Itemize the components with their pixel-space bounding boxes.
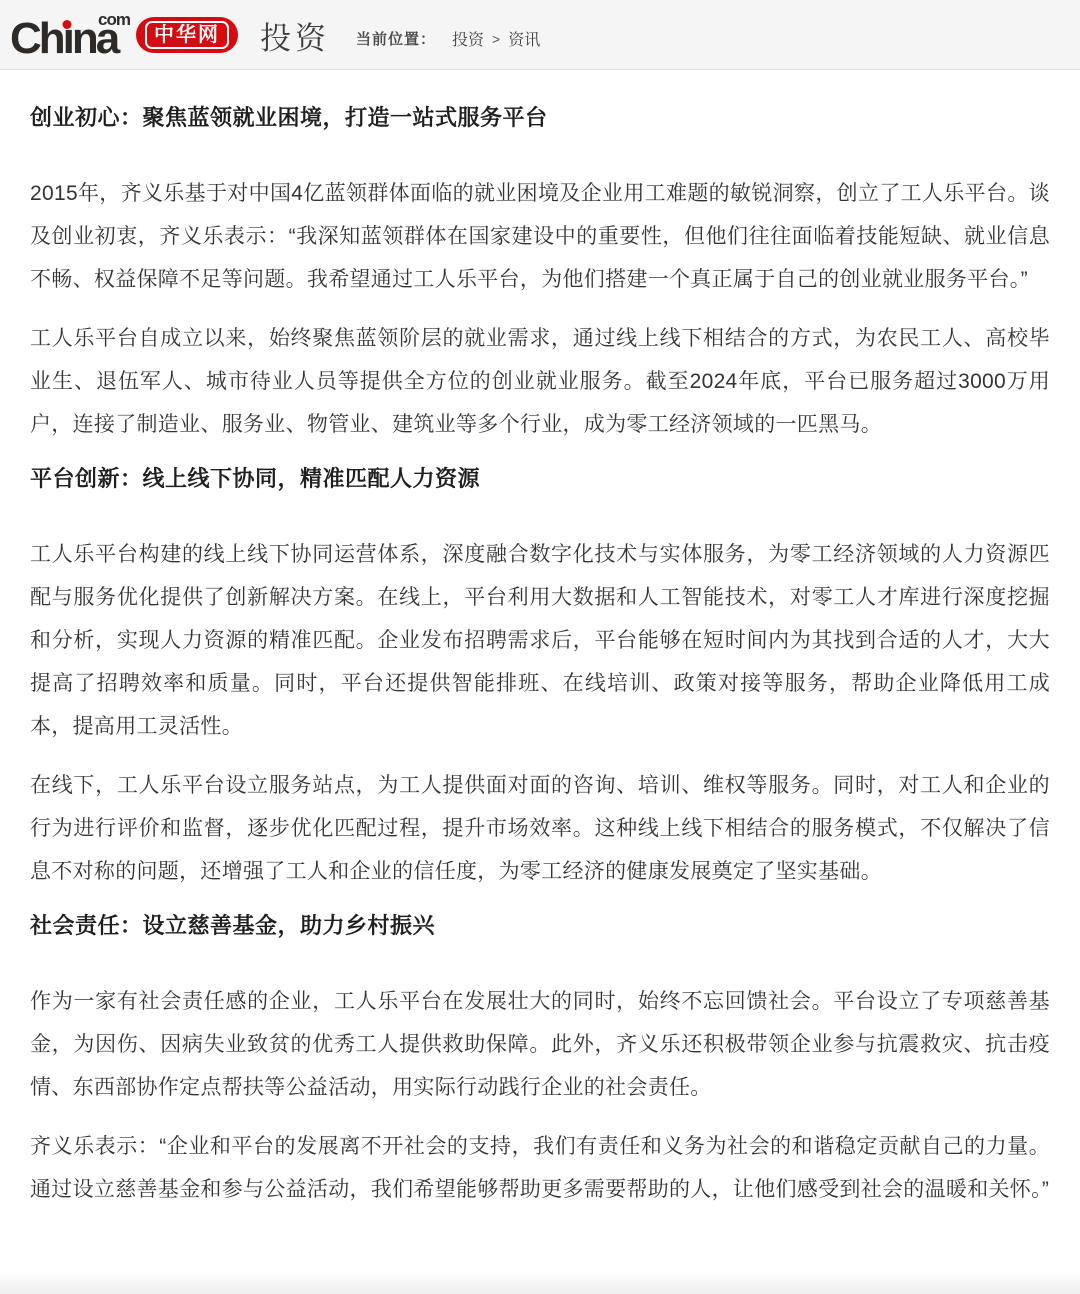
breadcrumb: 投资 > 资讯 xyxy=(452,27,540,50)
site-header: Chına com 中华网 投资 当前位置： 投资 > 资讯 xyxy=(0,0,1080,70)
zhonghuawang-badge[interactable]: 中华网 xyxy=(136,17,238,53)
paragraph: 作为一家有社会责任感的企业，工人乐平台在发展壮大的同时，始终不忘回馈社会。平台设… xyxy=(30,980,1050,1109)
breadcrumb-label: 当前位置： xyxy=(356,28,436,49)
paragraph: 2015年，齐义乐基于对中国4亿蓝领群体面临的就业困境及企业用工难题的敏锐洞察，… xyxy=(30,172,1050,301)
logo-text-pre: Ch xyxy=(10,14,63,63)
logo-red-dot-icon xyxy=(63,20,72,29)
breadcrumb-link-investment[interactable]: 投资 xyxy=(452,27,484,50)
section-heading-innovation: 平台创新：线上线下协同，精准匹配人力资源 xyxy=(30,464,1050,494)
section-heading-social-responsibility: 社会责任：设立慈善基金，助力乡村振兴 xyxy=(30,911,1050,941)
breadcrumb-separator: > xyxy=(492,31,500,47)
section-heading-founding: 创业初心：聚焦蓝领就业困境，打造一站式服务平台 xyxy=(30,103,1050,133)
paragraph: 工人乐平台自成立以来，始终聚焦蓝领阶层的就业需求，通过线上线下相结合的方式，为农… xyxy=(30,317,1050,446)
paragraph: 齐义乐表示：“企业和平台的发展离不开社会的支持，我们有责任和义务为社会的和谐稳定… xyxy=(30,1125,1050,1211)
china-com-logo[interactable]: Chına com xyxy=(10,9,126,63)
zhonghuawang-badge-label: 中华网 xyxy=(154,25,220,45)
channel-title-investment[interactable]: 投资 xyxy=(260,13,330,58)
logo-com-superscript: com xyxy=(98,10,130,30)
article-body: 创业初心：聚焦蓝领就业困境，打造一站式服务平台 2015年，齐义乐基于对中国4亿… xyxy=(0,70,1080,1211)
logo-letter-i: ı xyxy=(63,17,72,61)
paragraph: 在线下，工人乐平台设立服务站点，为工人提供面对面的咨询、培训、维权等服务。同时，… xyxy=(30,764,1050,893)
zhonghuawang-badge-border: 中华网 xyxy=(145,21,229,49)
footer-fade xyxy=(0,1270,1080,1294)
paragraph: 工人乐平台构建的线上线下协同运营体系，深度融合数字化技术与实体服务，为零工经济领… xyxy=(30,533,1050,748)
breadcrumb-link-news[interactable]: 资讯 xyxy=(508,27,540,50)
